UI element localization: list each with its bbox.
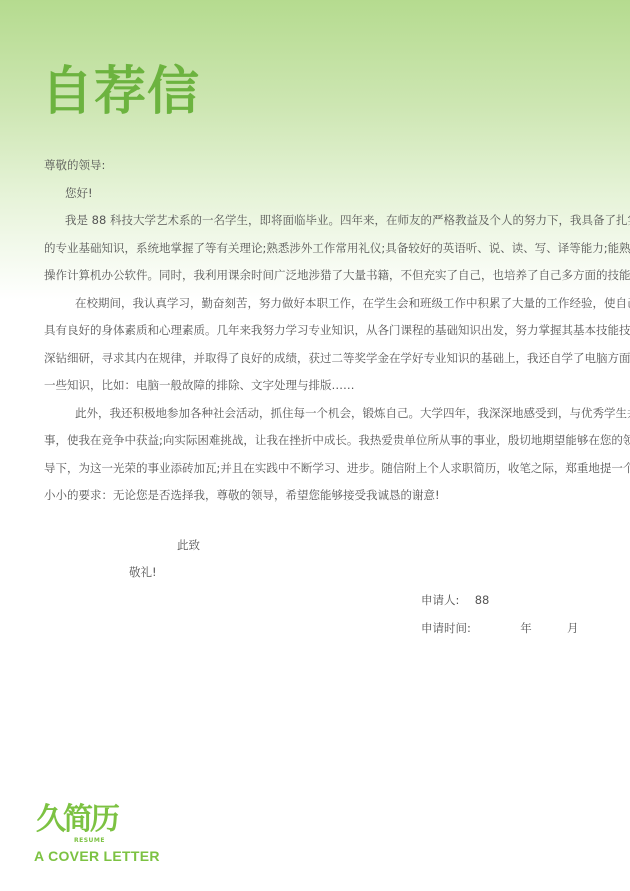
date-month: 月 bbox=[567, 620, 579, 636]
date-year: 年 bbox=[520, 620, 532, 636]
letter-body: 尊敬的领导: 您好! 我是 88 科技大学艺术系的一名学生，即将面临毕业。四年来… bbox=[44, 152, 592, 510]
paragraph-line: 我是 88 科技大学艺术系的一名学生，即将面临毕业。四年来，在师友的严格教益及个… bbox=[44, 207, 592, 235]
logo-tagline: A COVER LETTER bbox=[34, 848, 160, 864]
paragraph-line: 此外，我还积极地参加各种社会活动，抓住每一个机会，锻炼自己。大学四年，我深深地感… bbox=[44, 400, 592, 428]
paragraph-line: 的专业基础知识，系统地掌握了等有关理论;熟悉涉外工作常用礼仪;具备较好的英语听、… bbox=[44, 235, 592, 263]
paragraph-line: 具有良好的身体素质和心理素质。几年来我努力学习专业知识，从各门课程的基础知识出发… bbox=[44, 317, 592, 345]
closing-jingli: 敬礼! bbox=[129, 564, 157, 580]
paragraph-line: 操作计算机办公软件。同时，我利用课余时间广泛地涉猎了大量书籍，不但充实了自己，也… bbox=[44, 262, 592, 290]
paragraph-line: 深钻细研，寻求其内在规律，并取得了良好的成绩，获过二等奖学金在学好专业知识的基础… bbox=[44, 345, 592, 373]
logo-mark-icon: 久简历 bbox=[36, 803, 117, 837]
brand-logo: 久简历 RESUME A COVER LETTER bbox=[34, 803, 174, 873]
paragraph-3: 此外，我还积极地参加各种社会活动，抓住每一个机会，锻炼自己。大学四年，我深深地感… bbox=[44, 400, 592, 510]
paragraph-line: 导下，为这一光荣的事业添砖加瓦;并且在实践中不断学习、进步。随信附上个人求职简历… bbox=[44, 455, 592, 483]
greeting: 您好! bbox=[44, 180, 592, 208]
paragraph-line: 事，使我在竞争中获益;向实际困难挑战，让我在挫折中成长。我热爱贵单位所从事的事业… bbox=[44, 427, 592, 455]
logo-subtext: RESUME bbox=[74, 837, 105, 844]
page-title: 自荐信 bbox=[41, 62, 200, 122]
paragraph-2: 在校期间，我认真学习，勤奋刻苦，努力做好本职工作，在学生会和班级工作中积累了大量… bbox=[44, 290, 592, 400]
applicant-line: 申请人: 88 bbox=[421, 592, 489, 608]
paragraph-line: 一些知识，比如：电脑一般故障的排除、文字处理与排版…… bbox=[44, 372, 592, 400]
paragraph-line: 在校期间，我认真学习，勤奋刻苦，努力做好本职工作，在学生会和班级工作中积累了大量… bbox=[44, 290, 592, 318]
date-label: 申请时间: bbox=[421, 620, 471, 636]
date-line: 申请时间: 年 月 bbox=[421, 620, 579, 636]
salutation: 尊敬的领导: bbox=[44, 152, 592, 180]
applicant-label: 申请人: bbox=[421, 593, 459, 607]
paragraph-1: 我是 88 科技大学艺术系的一名学生，即将面临毕业。四年来，在师友的严格教益及个… bbox=[44, 207, 592, 290]
closing-cizhi: 此致 bbox=[177, 537, 200, 553]
applicant-value: 88 bbox=[475, 593, 490, 607]
paragraph-line: 小小的要求：无论您是否选择我，尊敬的领导，希望您能够接受我诚恳的谢意! bbox=[44, 482, 592, 510]
